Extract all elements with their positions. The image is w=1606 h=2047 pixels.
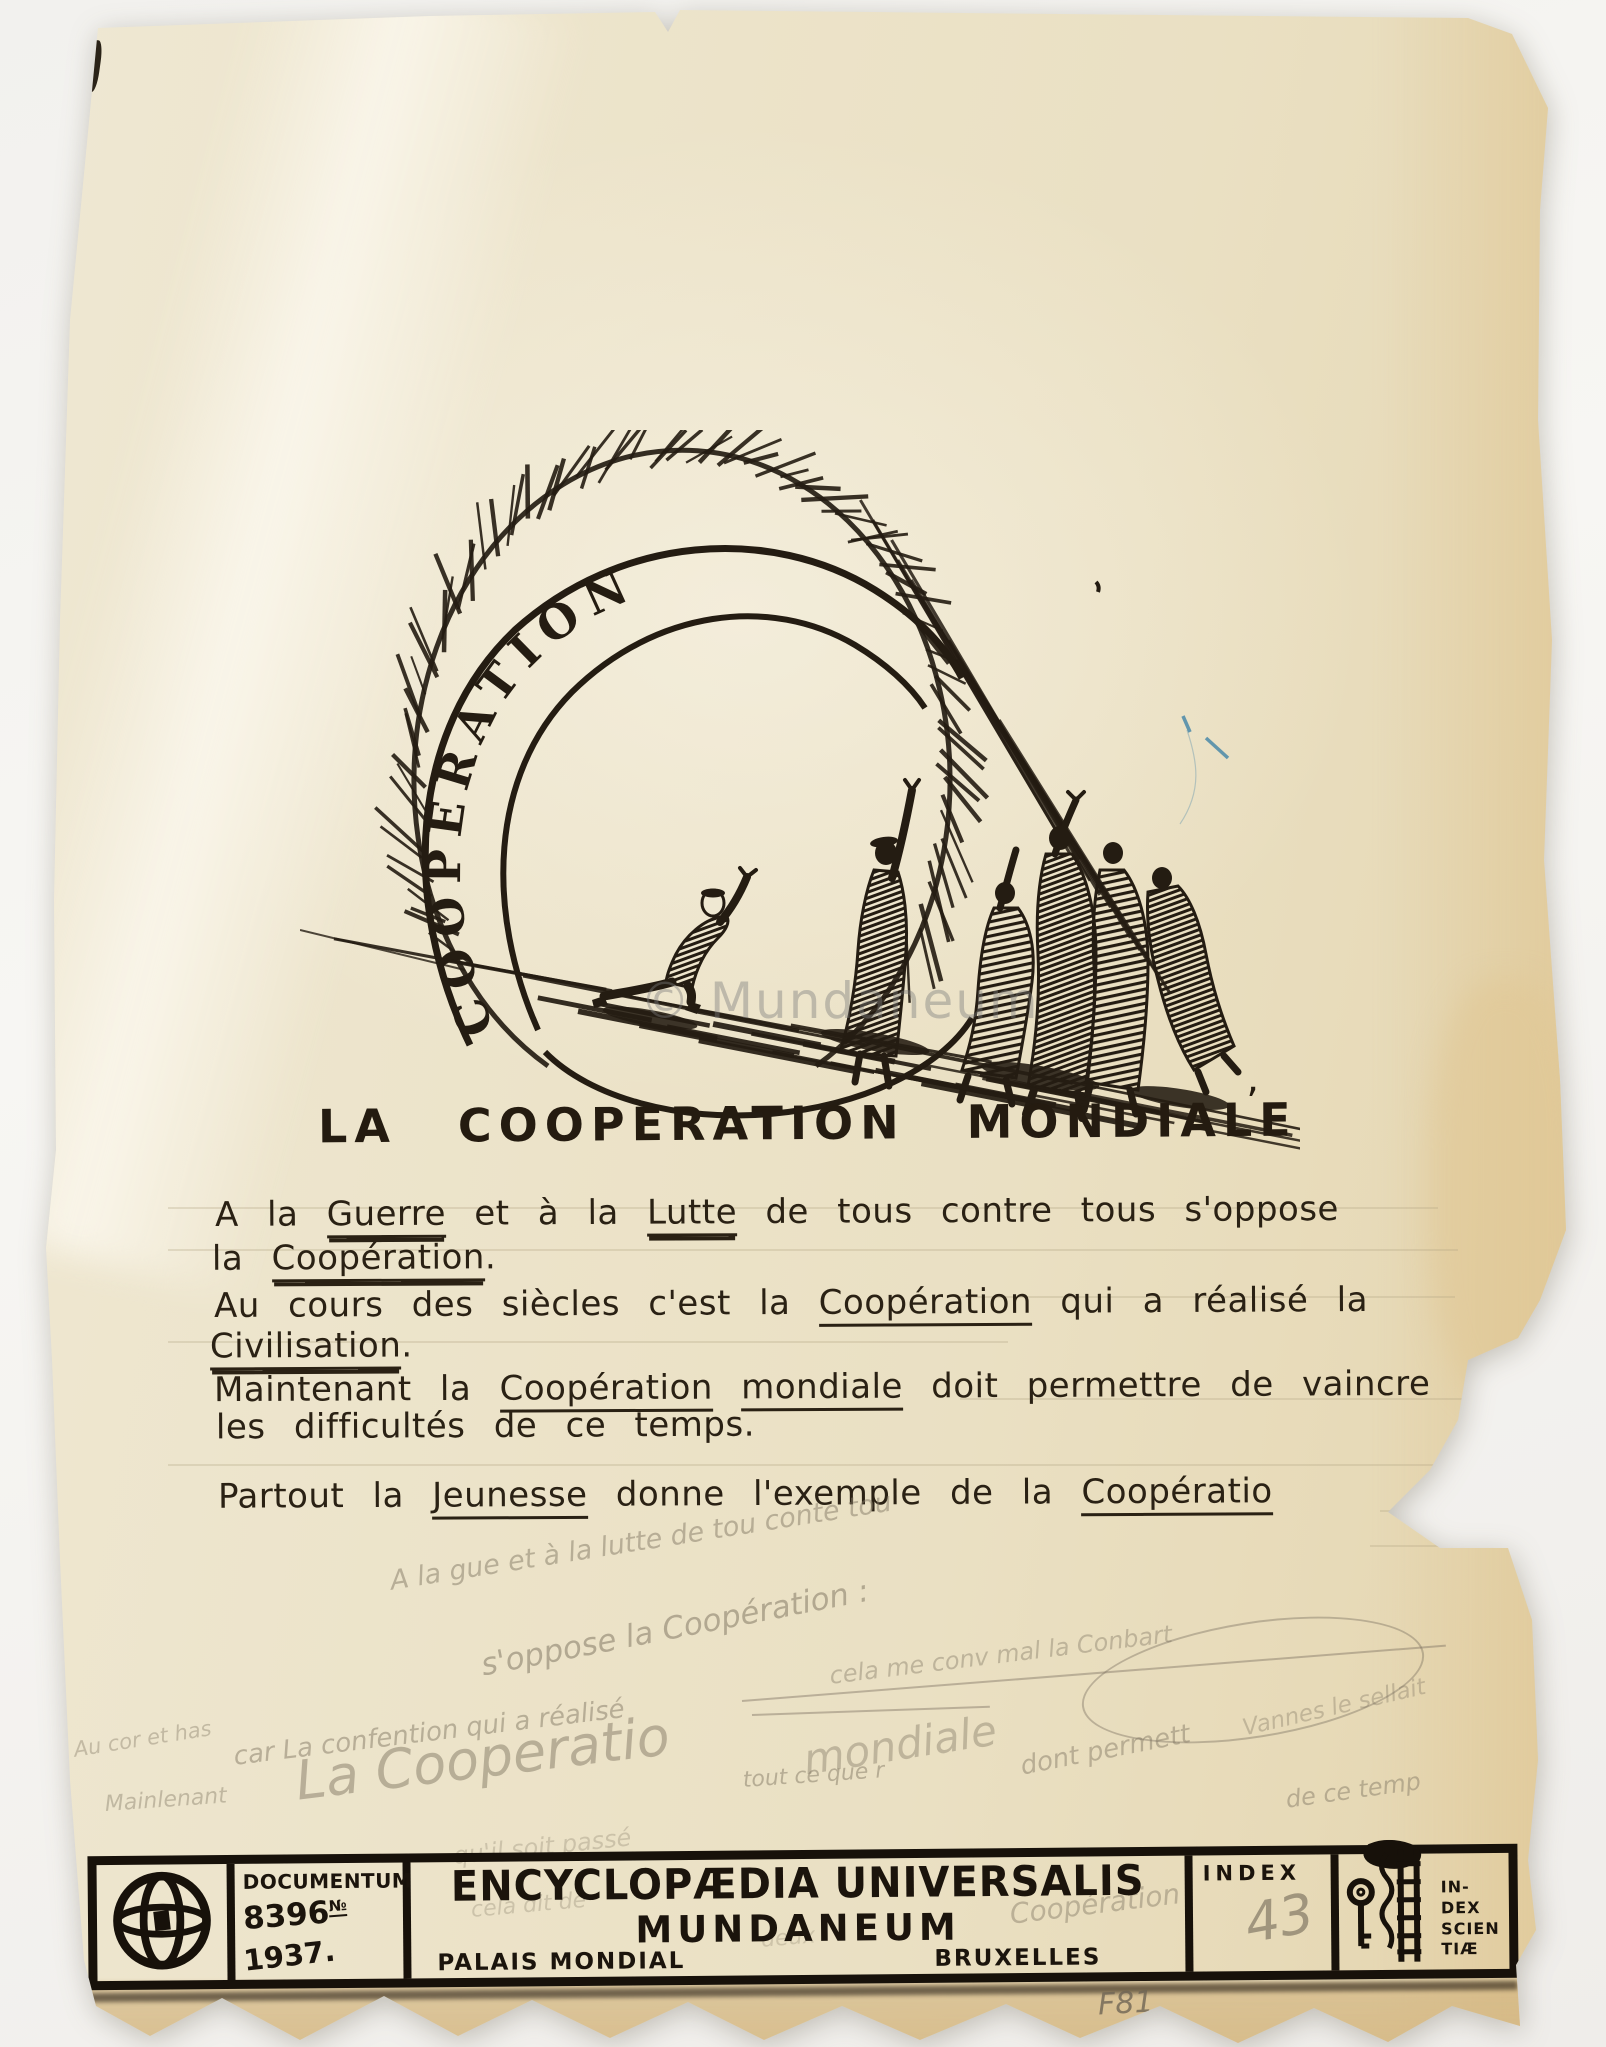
handwritten-line: A la Guerre et à la Lutte de tous contre… <box>215 1189 1339 1235</box>
figure-head <box>1152 867 1172 889</box>
stamp-globe-box <box>97 1864 236 1981</box>
pencil-annotation: Mainlenant <box>104 1783 228 1816</box>
handwritten-segment: les difficultés de ce temps. <box>216 1405 755 1448</box>
bruxelles-label: BRUXELLES <box>934 1944 1101 1971</box>
handwritten-segment <box>713 1367 742 1407</box>
figure-hand <box>740 868 756 877</box>
handwritten-segment: Lutte <box>647 1192 737 1236</box>
handwritten-segment: Coopération <box>819 1282 1033 1327</box>
handwritten-segment: A la <box>215 1194 327 1235</box>
ruled-line <box>1380 1510 1530 1512</box>
pencil-annotation: de ce temp <box>1284 1767 1423 1814</box>
corner-ink-smudge <box>1517 31 1545 51</box>
pencil-code-f81: F81 <box>1097 1985 1154 2023</box>
corner-ink-smudge <box>84 39 103 92</box>
handwritten-segment: et à la <box>446 1193 647 1234</box>
numero-sign: № <box>328 1896 348 1917</box>
page-title: LA COOPERATION MONDIALE <box>318 1093 1298 1154</box>
figure-arm <box>892 790 912 878</box>
handwritten-segment: de tous contre tous s'oppose <box>737 1189 1339 1232</box>
handwritten-segment: Guerre <box>327 1194 447 1239</box>
mundaneum-watermark: © Mundaneum <box>640 972 1040 1030</box>
handwritten-segment: . <box>401 1325 413 1365</box>
handwritten-line: Civilisation. <box>210 1325 413 1366</box>
handwritten-segment: Maintenant la <box>214 1369 500 1410</box>
blue-pen-marks <box>1180 716 1228 824</box>
pencil-annotation: Au cor et has <box>72 1716 213 1761</box>
mundaneum-globe-icon <box>104 1864 221 1981</box>
palais-mondial-label: PALAIS MONDIAL <box>437 1948 685 1976</box>
handwritten-segment: Au cours des siècles c'est la <box>214 1283 819 1326</box>
organization-title: ENCYCLOPÆDIA UNIVERSALIS <box>411 1857 1185 1912</box>
handwritten-segment: mondiale <box>741 1367 903 1412</box>
handwritten-segment: Partout la <box>218 1476 432 1517</box>
paper-sheet: COOPERATION <box>0 0 1606 2047</box>
stamp-main-box: ENCYCLOPÆDIA UNIVERSALIS MUNDANEUM PALAI… <box>411 1856 1194 1979</box>
scanned-document-page: COOPERATION <box>0 0 1606 2047</box>
figure-body <box>1086 870 1148 1090</box>
figure-body <box>1147 886 1234 1070</box>
handwritten-line: la Coopération. <box>212 1237 496 1278</box>
handwritten-segment: doit permettre de vaincre <box>903 1364 1431 1407</box>
handwritten-segment: la <box>212 1238 272 1278</box>
figure-hand <box>905 780 919 790</box>
pencil-annotation: mondiale <box>800 1706 1000 1785</box>
handwritten-line: les difficultés de ce temps. <box>216 1405 755 1448</box>
figure-hand <box>1068 792 1084 800</box>
handwritten-segment: qui a réalisé la <box>1032 1280 1368 1322</box>
stamp-documentum-box: DOCUMENTUM 8396№ 1937. <box>235 1862 412 1980</box>
pencil-annotation: s'oppose la Coopération : <box>478 1573 872 1684</box>
ruled-line <box>168 1464 1468 1466</box>
index-pencil-value: 43 <box>1240 1881 1319 1955</box>
right-mid-stain <box>1430 980 1580 1400</box>
key-and-tree-emblem-icon <box>1338 1839 1439 1970</box>
right-stain-band <box>1380 0 1580 2047</box>
index-scientiae-caption: IN-DEXSCIENTIÆ <box>1441 1877 1500 1970</box>
handwritten-line: Au cours des siècles c'est la Coopératio… <box>214 1280 1368 1326</box>
cooperation-wheel-drawing: COOPERATION <box>300 430 1300 1190</box>
paper-sheet-wrapper: COOPERATION <box>0 0 1606 2047</box>
figure-cap <box>701 889 725 898</box>
figure-head <box>1103 842 1123 864</box>
handwritten-segment: Jeunesse <box>432 1475 588 1520</box>
wheel-label-text: COOPERATION <box>417 555 646 1043</box>
stamp-emblem-box: IN-DEXSCIENTIÆ <box>1338 1853 1509 1970</box>
handwritten-segment: Civilisation <box>210 1326 402 1371</box>
handwritten-segment: Coopératio <box>1081 1471 1272 1516</box>
handwritten-line: Maintenant la Coopération mondiale doit … <box>214 1364 1431 1410</box>
title-tick-mark: ’ <box>1246 1080 1259 1126</box>
stamp-index-box: INDEX 43 <box>1192 1854 1339 1971</box>
stamp-cartouche: DOCUMENTUM 8396№ 1937. ENCYCLOPÆDIA UNIV… <box>87 1844 1518 1990</box>
ink-tick <box>1096 582 1099 592</box>
handwritten-segment: . <box>485 1237 497 1277</box>
ruled-line <box>1370 1545 1500 1547</box>
handwritten-segment: Coopération <box>271 1237 485 1282</box>
